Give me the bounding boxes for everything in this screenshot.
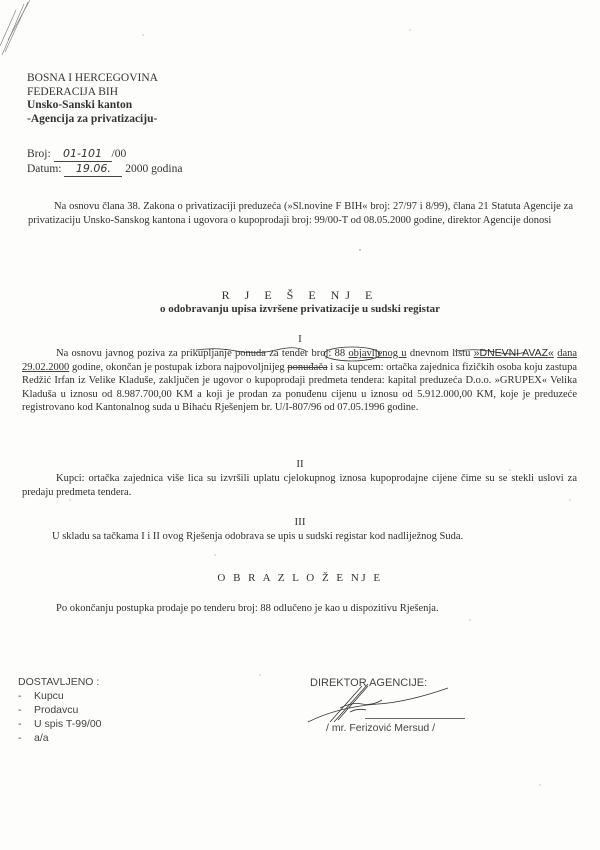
section-number-1: I xyxy=(0,333,600,345)
section-3-paragraph: U skladu sa tačkama I i II ovog Rješenja… xyxy=(22,530,577,544)
signature-title: DIREKTOR AGENCIJE: xyxy=(310,677,427,689)
header-line-canton: Unsko-Sanski kanton xyxy=(27,99,158,113)
distribution-item: -Kupcu xyxy=(18,689,102,703)
section-1-paragraph: Na osnovu javnog poziva za prikupljanje … xyxy=(22,347,577,415)
datum-handwritten: 19.06. xyxy=(64,162,122,177)
s1-underlined-phrase: prikupljanje ponuda za xyxy=(181,348,279,359)
signature-line xyxy=(365,718,465,719)
header-line-agency: -Agencija za privatizaciju- xyxy=(27,113,158,127)
distribution-item: -Prodavcu xyxy=(18,703,102,717)
s1-text: tender broj: 88 xyxy=(279,348,349,359)
distribution-item-text: U spis T-99/00 xyxy=(34,718,102,730)
issuer-header: BOSNA I HERCEGOVINA FEDERACIJA BIH Unsko… xyxy=(27,72,158,126)
section-2-paragraph: Kupci: ortačka zajednica više lica su iz… xyxy=(22,472,577,499)
distribution-label: DOSTAVLJENO : xyxy=(18,675,102,689)
document-meta: Broj: 01-101/00 Datum: 19.06. 2000 godin… xyxy=(27,147,182,177)
document-title: R J E Š E NJ E xyxy=(0,288,600,303)
broj-handwritten: 01-101 xyxy=(54,147,112,162)
s1-text: okončan je postupak izbora najpovoljnije… xyxy=(103,362,287,373)
distribution-item-text: a/a xyxy=(34,732,49,744)
s1-text: dnevnom listu xyxy=(407,348,474,359)
distribution-list: DOSTAVLJENO : -Kupcu -Prodavcu -U spis T… xyxy=(18,675,102,745)
distribution-item: -a/a xyxy=(18,731,102,745)
reference-number-row: Broj: 01-101/00 xyxy=(27,147,182,162)
s1-text: Na osnovu javnog poziva za xyxy=(56,348,181,359)
s1-struck-word: ponuđača xyxy=(287,362,327,373)
broj-suffix: /00 xyxy=(112,148,127,160)
date-row: Datum: 19.06. 2000 godina xyxy=(27,162,182,177)
distribution-item-text: Prodavcu xyxy=(34,704,78,716)
edge-hatching xyxy=(0,0,30,55)
signature-scribble-icon xyxy=(308,684,448,722)
header-line-federation: FEDERACIJA BIH xyxy=(27,86,158,100)
broj-label: Broj: xyxy=(27,148,51,160)
s1-newspaper-name: »DNEVNI AVAZ« xyxy=(474,347,554,359)
distribution-item-text: Kupcu xyxy=(34,690,64,702)
header-line-country: BOSNA I HERCEGOVINA xyxy=(27,72,158,86)
s1-underlined-phrase: objavljenog u xyxy=(348,348,406,359)
distribution-item: -U spis T-99/00 xyxy=(18,717,102,731)
intro-paragraph: Na osnovu člana 38. Zakona o privatizaci… xyxy=(28,200,573,227)
section-number-3: III xyxy=(0,516,600,528)
s1-circled-word: godine, xyxy=(72,362,103,373)
datum-label: Datum: xyxy=(27,163,62,175)
obrazlozenje-paragraph: Po okončanju postupka prodaje po tenderu… xyxy=(22,602,577,616)
datum-suffix: 2000 godina xyxy=(125,163,182,175)
obrazlozenje-title: O B R A Z L O Ž E NJ E xyxy=(0,572,600,584)
signatory-name: / mr. Ferizović Mersud / xyxy=(326,722,435,734)
document-subtitle: o odobravanju upisa izvršene privatizaci… xyxy=(0,303,600,315)
section-number-2: II xyxy=(0,458,600,470)
